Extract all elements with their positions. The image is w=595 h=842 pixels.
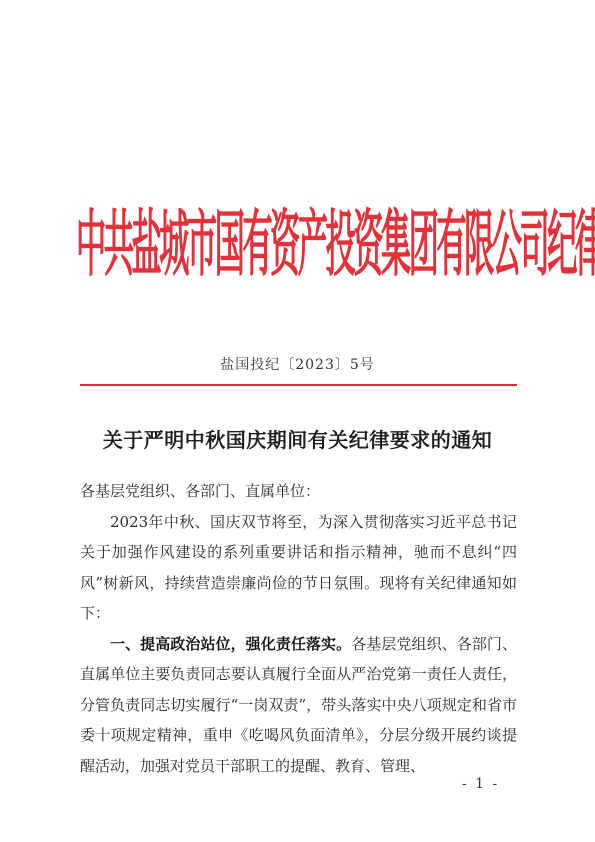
- document-number: 盐国投纪〔2023〕5号: [0, 354, 595, 374]
- issuer-header-title: 中共盐城市国有资产投资集团有限公司纪律检查委员会: [76, 165, 449, 329]
- page-number: - 1 -: [462, 776, 499, 792]
- document-body: 各基层党组织、各部门、直属单位： 2023年中秋、国庆双节将至，为深入贯彻落实习…: [80, 476, 517, 781]
- intro-paragraph: 2023年中秋、国庆双节将至，为深入贯彻落实习近平总书记关于加强作风建设的系列重…: [80, 507, 517, 629]
- section-1-text: 各基层党组织、各部门、直属单位主要负责同志要认真履行全面从严治党第一责任人责任，…: [80, 635, 517, 775]
- salutation: 各基层党组织、各部门、直属单位：: [80, 476, 517, 507]
- red-divider-line: [80, 384, 517, 386]
- section-1-heading: 一、提高政治站位，强化责任落实。: [110, 635, 351, 653]
- section-1-paragraph: 一、提高政治站位，强化责任落实。各基层党组织、各部门、直属单位主要负责同志要认真…: [80, 629, 517, 782]
- notice-title: 关于严明中秋国庆期间有关纪律要求的通知: [0, 424, 595, 453]
